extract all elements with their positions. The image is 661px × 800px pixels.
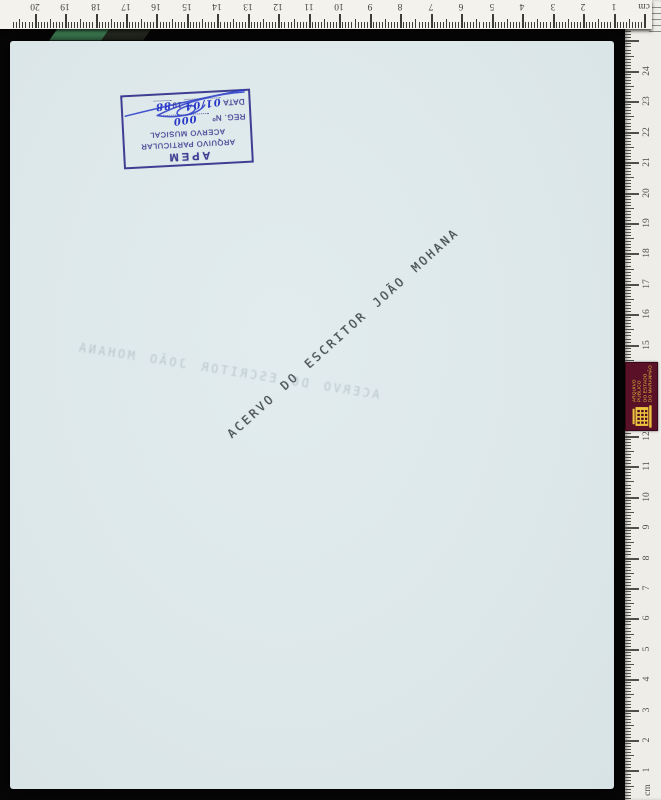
top-ruler-tick <box>638 22 639 28</box>
top-ruler-tick <box>431 14 433 28</box>
top-ruler-tick <box>266 22 267 28</box>
right-ruler-tick <box>625 527 639 529</box>
right-ruler-tick <box>625 98 631 99</box>
top-ruler-tick <box>577 22 578 28</box>
right-ruler-tick <box>625 466 639 468</box>
right-ruler-tick <box>625 101 639 103</box>
top-ruler-tick <box>99 22 100 28</box>
top-ruler-tick <box>196 22 197 28</box>
top-ruler-tick <box>623 22 624 28</box>
top-ruler-number: 19 <box>56 1 74 11</box>
right-ruler-tick <box>625 691 631 692</box>
top-ruler-tick <box>114 22 115 28</box>
right-ruler-tick <box>625 56 634 57</box>
right-ruler-tick <box>625 281 631 282</box>
right-ruler-tick <box>625 439 631 440</box>
document-paper: APEM ARQUIVO PARTICULAR ACERVO MUSICAL R… <box>10 41 614 789</box>
right-ruler-tick <box>625 667 631 668</box>
scanner-strip-dark <box>101 29 151 41</box>
right-ruler-tick <box>625 174 631 175</box>
right-ruler-tick <box>625 694 634 695</box>
right-ruler-tick <box>625 588 639 590</box>
top-ruler-tick <box>476 19 477 28</box>
right-ruler-number: 8 <box>642 548 656 568</box>
right-ruler-tick <box>625 360 634 361</box>
right-ruler-tick <box>625 783 631 784</box>
top-ruler-tick <box>217 14 219 28</box>
top-ruler-tick <box>129 22 130 28</box>
top-ruler-tick <box>440 22 441 28</box>
right-ruler-tick <box>625 780 631 781</box>
right-ruler-tick <box>625 475 631 476</box>
top-ruler-tick <box>598 19 599 28</box>
right-ruler-tick <box>625 241 631 242</box>
top-ruler-tick <box>138 22 139 28</box>
right-ruler-tick <box>625 521 631 522</box>
right-ruler-number: 22 <box>642 122 656 142</box>
right-ruler-tick <box>625 618 639 620</box>
top-ruler-number: 13 <box>239 1 257 11</box>
right-ruler-tick <box>625 512 634 513</box>
top-ruler-tick <box>86 22 87 28</box>
right-ruler-number: 23 <box>642 91 656 111</box>
right-ruler-tick <box>625 123 631 124</box>
top-ruler-tick <box>96 14 98 28</box>
top-ruler-unit-label: cm <box>635 1 653 11</box>
right-ruler-tick <box>625 704 631 705</box>
registration-stamp: APEM ARQUIVO PARTICULAR ACERVO MUSICAL R… <box>120 89 254 170</box>
top-ruler-number: 12 <box>269 1 287 11</box>
right-ruler-tick <box>625 37 631 38</box>
badge-line: DO ESTADO <box>642 365 647 402</box>
right-ruler-tick <box>625 147 634 148</box>
top-ruler-tick <box>467 22 468 28</box>
top-ruler-tick <box>443 22 444 28</box>
right-ruler-tick <box>625 40 639 42</box>
right-ruler-tick <box>625 77 631 78</box>
right-ruler-tick <box>625 168 631 169</box>
top-ruler-tick <box>498 22 499 28</box>
right-ruler-tick <box>625 113 631 114</box>
right-ruler-tick <box>625 217 631 218</box>
top-ruler-tick <box>446 19 447 28</box>
right-ruler-tick <box>625 469 631 470</box>
top-ruler-tick <box>120 22 121 28</box>
right-ruler-tick <box>625 795 631 796</box>
top-ruler-tick <box>437 22 438 28</box>
right-ruler-tick <box>625 488 631 489</box>
right-ruler-tick <box>625 570 631 571</box>
archive-badge: ARQUIVO PÚBLICO DO ESTADO DO MARANHÃO <box>625 362 658 431</box>
top-ruler-tick <box>492 14 494 28</box>
right-ruler-tick <box>625 682 631 683</box>
stamp-year-slot: 88 <box>154 100 173 113</box>
top-ruler-tick <box>522 14 524 28</box>
right-ruler-tick <box>625 542 634 543</box>
top-ruler-tick <box>574 22 575 28</box>
top-ruler-tick <box>80 19 81 28</box>
top-ruler-tick <box>388 22 389 28</box>
right-ruler-tick <box>625 296 631 297</box>
right-ruler-tick <box>625 643 631 644</box>
right-ruler-tick <box>625 567 631 568</box>
right-ruler-tick <box>625 646 631 647</box>
right-ruler-tick <box>625 445 631 446</box>
right-ruler-tick <box>625 153 631 154</box>
right-ruler-tick <box>625 156 631 157</box>
right-ruler-tick <box>625 305 631 306</box>
top-ruler-tick <box>455 22 456 28</box>
right-ruler-tick <box>625 530 631 531</box>
right-ruler-tick <box>625 342 631 343</box>
right-ruler-tick <box>625 481 634 482</box>
right-ruler-tick <box>625 332 631 333</box>
right-ruler-number: 18 <box>642 243 656 263</box>
right-ruler-tick <box>625 244 631 245</box>
right-ruler-tick <box>625 621 631 622</box>
right-ruler-tick <box>625 710 639 712</box>
right-ruler-tick <box>625 126 631 127</box>
right-ruler-tick <box>625 649 639 651</box>
right-ruler-tick <box>625 731 631 732</box>
right-ruler-tick <box>625 539 631 540</box>
top-ruler-tick <box>452 22 453 28</box>
right-ruler-tick <box>625 314 639 316</box>
right-ruler-tick <box>625 80 631 81</box>
top-ruler-tick <box>272 22 273 28</box>
top-ruler-tick <box>220 22 221 28</box>
top-ruler-tick <box>35 14 37 28</box>
top-ruler-tick <box>562 22 563 28</box>
top-ruler-tick <box>123 22 124 28</box>
top-ruler-tick <box>556 22 557 28</box>
right-ruler-tick <box>625 266 631 267</box>
top-ruler-tick <box>281 22 282 28</box>
right-ruler-tick <box>625 65 631 66</box>
top-ruler-tick <box>41 22 42 28</box>
top-ruler-tick <box>601 22 602 28</box>
top-ruler-tick <box>230 22 231 28</box>
top-ruler-tick <box>257 22 258 28</box>
right-ruler-number: 17 <box>642 274 656 294</box>
top-ruler-tick <box>117 22 118 28</box>
right-ruler-number: 5 <box>642 639 656 659</box>
right-ruler-tick <box>625 308 631 309</box>
right-ruler-tick <box>625 673 631 674</box>
right-ruler-number: 2 <box>642 730 656 750</box>
right-ruler-tick <box>625 719 631 720</box>
top-ruler-tick <box>419 22 420 28</box>
top-ruler-tick <box>425 22 426 28</box>
stamp-date-label: DATA <box>223 95 245 109</box>
right-ruler-tick <box>625 792 631 793</box>
top-ruler-tick <box>44 22 45 28</box>
right-ruler-tick <box>625 558 639 560</box>
right-ruler-tick <box>625 290 631 291</box>
right-ruler-tick <box>625 357 631 358</box>
top-ruler-tick <box>464 22 465 28</box>
top-ruler-tick <box>342 22 343 28</box>
right-ruler-tick <box>625 612 631 613</box>
right-ruler-tick <box>625 345 639 347</box>
top-ruler-tick <box>397 22 398 28</box>
top-ruler-number: 7 <box>422 1 440 11</box>
right-ruler-number: 21 <box>642 152 656 172</box>
top-ruler-number: 6 <box>452 1 470 11</box>
right-ruler-number: 7 <box>642 578 656 598</box>
top-ruler-tick <box>403 22 404 28</box>
right-ruler-tick <box>625 758 631 759</box>
right-ruler-tick <box>625 497 639 499</box>
right-ruler-tick <box>625 652 631 653</box>
right-ruler-tick <box>625 670 631 671</box>
right-ruler-tick <box>625 171 631 172</box>
archive-building-icon <box>631 404 652 428</box>
right-ruler-tick <box>625 761 631 762</box>
badge-line: ARQUIVO <box>631 365 636 402</box>
right-ruler-tick <box>625 229 631 230</box>
right-ruler-tick <box>625 186 631 187</box>
top-ruler-tick <box>565 22 566 28</box>
handwritten-reg-number: 000 <box>172 113 197 127</box>
top-ruler-tick <box>89 22 90 28</box>
right-ruler-tick <box>625 631 631 632</box>
badge-line: PÚBLICO <box>636 365 641 402</box>
top-ruler-tick <box>284 22 285 28</box>
top-ruler-tick <box>510 22 511 28</box>
right-ruler-tick <box>625 132 639 134</box>
right-ruler-tick <box>625 533 631 534</box>
top-ruler-tick <box>534 22 535 28</box>
right-ruler-tick <box>625 50 631 51</box>
right-ruler-tick <box>625 679 639 681</box>
right-ruler-tick <box>625 196 631 197</box>
right-ruler-tick <box>625 591 631 592</box>
top-ruler-tick <box>135 22 136 28</box>
right-ruler-tick <box>625 798 631 799</box>
right-ruler-tick <box>625 150 631 151</box>
right-ruler-tick <box>625 624 631 625</box>
top-ruler-tick <box>583 14 585 28</box>
top-ruler-tick <box>303 22 304 28</box>
top-ruler-tick <box>339 14 341 28</box>
scanned-document-page: cm 1234567891011121314151617181920212223… <box>0 0 661 800</box>
right-ruler-tick <box>625 777 631 778</box>
top-ruler-tick <box>126 14 128 28</box>
top-ruler-tick <box>169 22 170 28</box>
right-ruler-tick <box>625 189 631 190</box>
right-ruler-tick <box>625 329 634 330</box>
top-ruler-tick <box>571 22 572 28</box>
stamp-reg-label: REG. Nº <box>212 110 246 125</box>
right-ruler-tick <box>625 740 639 742</box>
right-ruler-tick <box>625 354 631 355</box>
top-ruler-tick <box>412 22 413 28</box>
top-ruler-tick <box>318 22 319 28</box>
right-ruler-tick <box>625 302 631 303</box>
top-ruler-tick <box>83 22 84 28</box>
right-ruler-tick <box>625 594 631 595</box>
right-ruler-tick <box>625 509 631 510</box>
top-ruler-tick <box>166 22 167 28</box>
right-ruler-tick <box>625 68 631 69</box>
right-ruler-tick <box>625 640 631 641</box>
top-ruler-number: 1 <box>605 1 623 11</box>
top-ruler-tick <box>297 22 298 28</box>
top-ruler-number: 5 <box>483 1 501 11</box>
right-ruler-tick <box>625 755 634 756</box>
right-ruler-tick <box>625 463 631 464</box>
right-ruler-tick <box>625 606 631 607</box>
top-ruler-tick <box>626 22 627 28</box>
top-ruler-tick <box>312 22 313 28</box>
right-ruler-tick <box>625 722 631 723</box>
top-ruler-number: 10 <box>330 1 348 11</box>
top-ruler-tick <box>358 22 359 28</box>
top-ruler-tick <box>543 22 544 28</box>
right-ruler-tick <box>625 43 631 44</box>
top-ruler-tick <box>379 22 380 28</box>
top-ruler-tick <box>513 22 514 28</box>
top-ruler-number: 8 <box>391 1 409 11</box>
top-ruler-tick <box>248 14 250 28</box>
top-ruler-tick <box>327 22 328 28</box>
right-ruler-tick <box>625 129 631 130</box>
right-ruler-tick <box>625 220 631 221</box>
handwritten-date: 01/04 <box>183 96 221 112</box>
top-ruler-tick <box>163 22 164 28</box>
right-ruler-tick <box>625 351 631 352</box>
top-ruler-tick <box>486 22 487 28</box>
right-ruler-tick <box>625 89 631 90</box>
right-ruler-tick <box>625 193 639 195</box>
right-ruler-tick <box>625 460 631 461</box>
top-ruler-tick <box>214 22 215 28</box>
right-ruler-tick <box>625 734 631 735</box>
right-ruler-tick <box>625 494 631 495</box>
top-ruler-tick <box>251 22 252 28</box>
right-ruler-tick <box>625 335 631 336</box>
right-ruler-tick <box>625 323 631 324</box>
top-ruler-tick <box>263 19 264 28</box>
right-ruler-tick <box>625 506 631 507</box>
top-ruler-tick <box>635 22 636 28</box>
top-ruler-tick <box>559 22 560 28</box>
top-ruler-tick <box>294 19 295 28</box>
top-ruler-tick <box>141 19 142 28</box>
top-ruler-tick <box>604 22 605 28</box>
right-ruler-tick <box>625 655 631 656</box>
top-ruler-tick <box>269 22 270 28</box>
top-ruler-tick <box>330 22 331 28</box>
top-ruler-tick <box>153 22 154 28</box>
top-ruler-tick <box>227 22 228 28</box>
top-ruler-tick <box>25 22 26 28</box>
right-ruler-tick <box>625 232 631 233</box>
top-ruler-tick <box>525 22 526 28</box>
right-ruler-tick <box>625 658 631 659</box>
right-ruler-tick <box>625 320 631 321</box>
top-ruler-tick <box>254 22 255 28</box>
top-ruler-tick <box>291 22 292 28</box>
right-ruler-tick <box>625 597 631 598</box>
right-ruler-number: 24 <box>642 61 656 81</box>
right-ruler-tick <box>625 697 631 698</box>
right-ruler-tick <box>625 515 631 516</box>
top-ruler-tick <box>47 22 48 28</box>
top-ruler-tick <box>382 22 383 28</box>
top-ruler-tick <box>449 22 450 28</box>
top-ruler-tick <box>62 22 63 28</box>
right-ruler-tick <box>625 774 631 775</box>
top-ruler-number: 3 <box>544 1 562 11</box>
top-ruler-tick <box>537 19 538 28</box>
top-ruler-tick <box>208 22 209 28</box>
right-ruler-tick <box>625 278 631 279</box>
right-ruler-tick <box>625 272 631 273</box>
right-ruler-tick <box>625 71 639 73</box>
right-ruler-tick <box>625 253 639 255</box>
right-ruler-tick <box>625 180 631 181</box>
top-ruler-tick <box>108 22 109 28</box>
right-ruler-tick <box>625 177 634 178</box>
right-ruler-tick <box>625 275 631 276</box>
right-ruler-tick <box>625 46 631 47</box>
top-ruler-tick <box>275 22 276 28</box>
right-ruler-tick <box>625 789 631 790</box>
right-ruler-tick <box>625 707 631 708</box>
top-ruler-tick <box>181 22 182 28</box>
right-ruler-tick <box>625 165 631 166</box>
top-ruler-tick <box>205 22 206 28</box>
top-ruler-tick <box>589 22 590 28</box>
top-ruler-tick <box>336 22 337 28</box>
right-ruler-tick <box>625 250 631 251</box>
top-ruler-tick <box>306 22 307 28</box>
top-ruler-tick <box>361 22 362 28</box>
top-ruler-tick <box>236 22 237 28</box>
right-ruler-tick <box>625 436 639 438</box>
right-ruler-tick <box>625 62 631 63</box>
top-ruler-tick <box>71 22 72 28</box>
top-ruler-number: 4 <box>513 1 531 11</box>
right-ruler-tick <box>625 95 631 96</box>
top-ruler-tick <box>644 14 646 28</box>
right-ruler-tick <box>625 442 631 443</box>
right-ruler-tick <box>625 600 631 601</box>
top-ruler-tick <box>321 22 322 28</box>
top-ruler-tick <box>74 22 75 28</box>
top-ruler-tick <box>620 22 621 28</box>
top-ruler-tick <box>528 22 529 28</box>
right-ruler-tick <box>625 615 631 616</box>
top-ruler-tick <box>400 14 402 28</box>
right-ruler-tick <box>625 116 634 117</box>
top-ruler-tick <box>13 22 14 28</box>
right-ruler-tick <box>625 59 631 60</box>
right-ruler-tick <box>625 628 631 629</box>
right-ruler-tick <box>625 746 631 747</box>
right-ruler-tick <box>625 162 639 164</box>
top-ruler-tick <box>409 22 410 28</box>
top-ruler-tick <box>178 22 179 28</box>
top-ruler-tick <box>111 19 112 28</box>
right-ruler-tick <box>625 554 631 555</box>
top-ruler-tick <box>65 14 67 28</box>
right-ruler-tick <box>625 737 631 738</box>
top-ruler-tick <box>617 22 618 28</box>
right-ruler-tick <box>625 433 631 434</box>
